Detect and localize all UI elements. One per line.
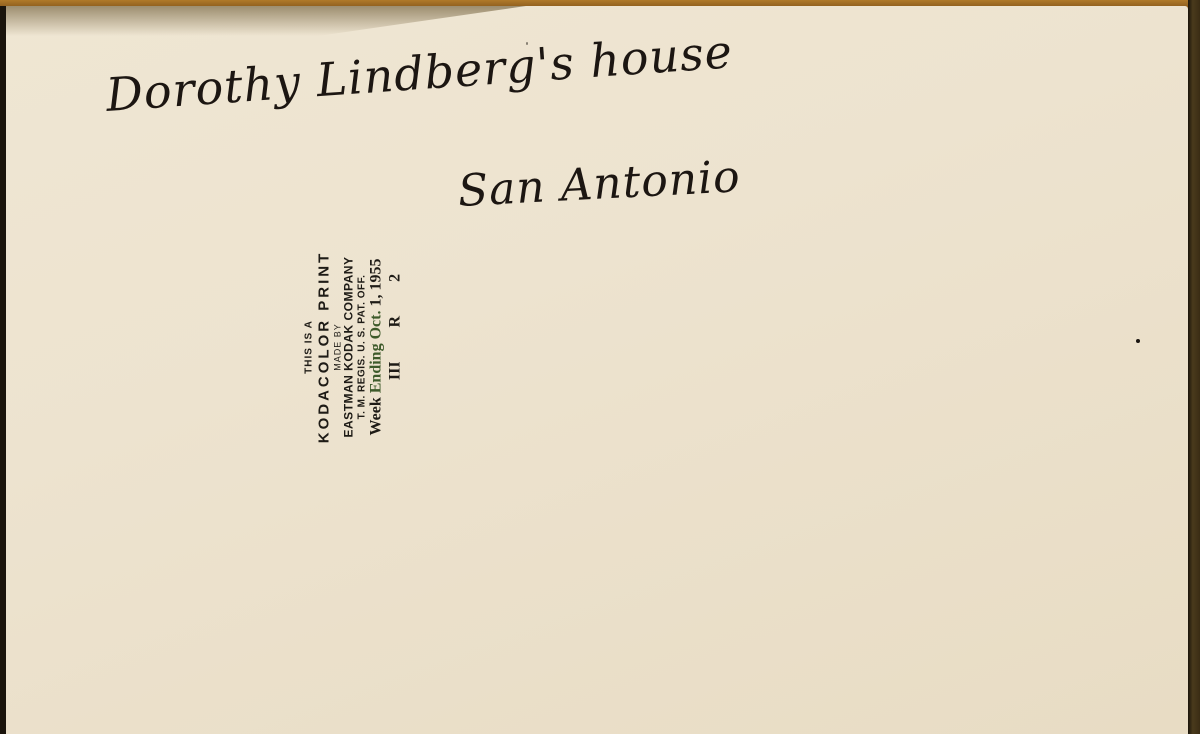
dust-speck [526,42,528,45]
stamp-code-line: III R 2 [386,212,404,482]
stamp-line-4: EASTMAN KODAK COMPANY [343,212,357,482]
kodacolor-stamp: THIS IS A KODACOLOR PRINT MADE BY EASTMA… [274,212,434,482]
stamp-date-highlight: Ending Oct. [368,311,385,394]
stamp-date-prefix: Week [368,397,385,435]
stamp-date-line: Week Ending Oct. 1, 1955 [368,212,386,482]
handwritten-caption-line2: San Antonio [457,151,742,217]
card-shadow [6,6,526,36]
scanner-right-edge [1188,0,1200,734]
dust-speck [1136,339,1140,343]
handwritten-caption-line1: Dorothy Lindberg's house [104,24,734,122]
stamp-line-2: KODACOLOR PRINT [315,212,332,482]
stamp-date-suffix: 1, 1955 [368,259,385,307]
photo-back-card: Dorothy Lindberg's house San Antonio THI… [6,6,1188,734]
stamp-line-1: THIS IS A [303,212,315,482]
stamp-line-5: T. M. REGIS. U. S. PAT. OFF. [356,212,368,482]
